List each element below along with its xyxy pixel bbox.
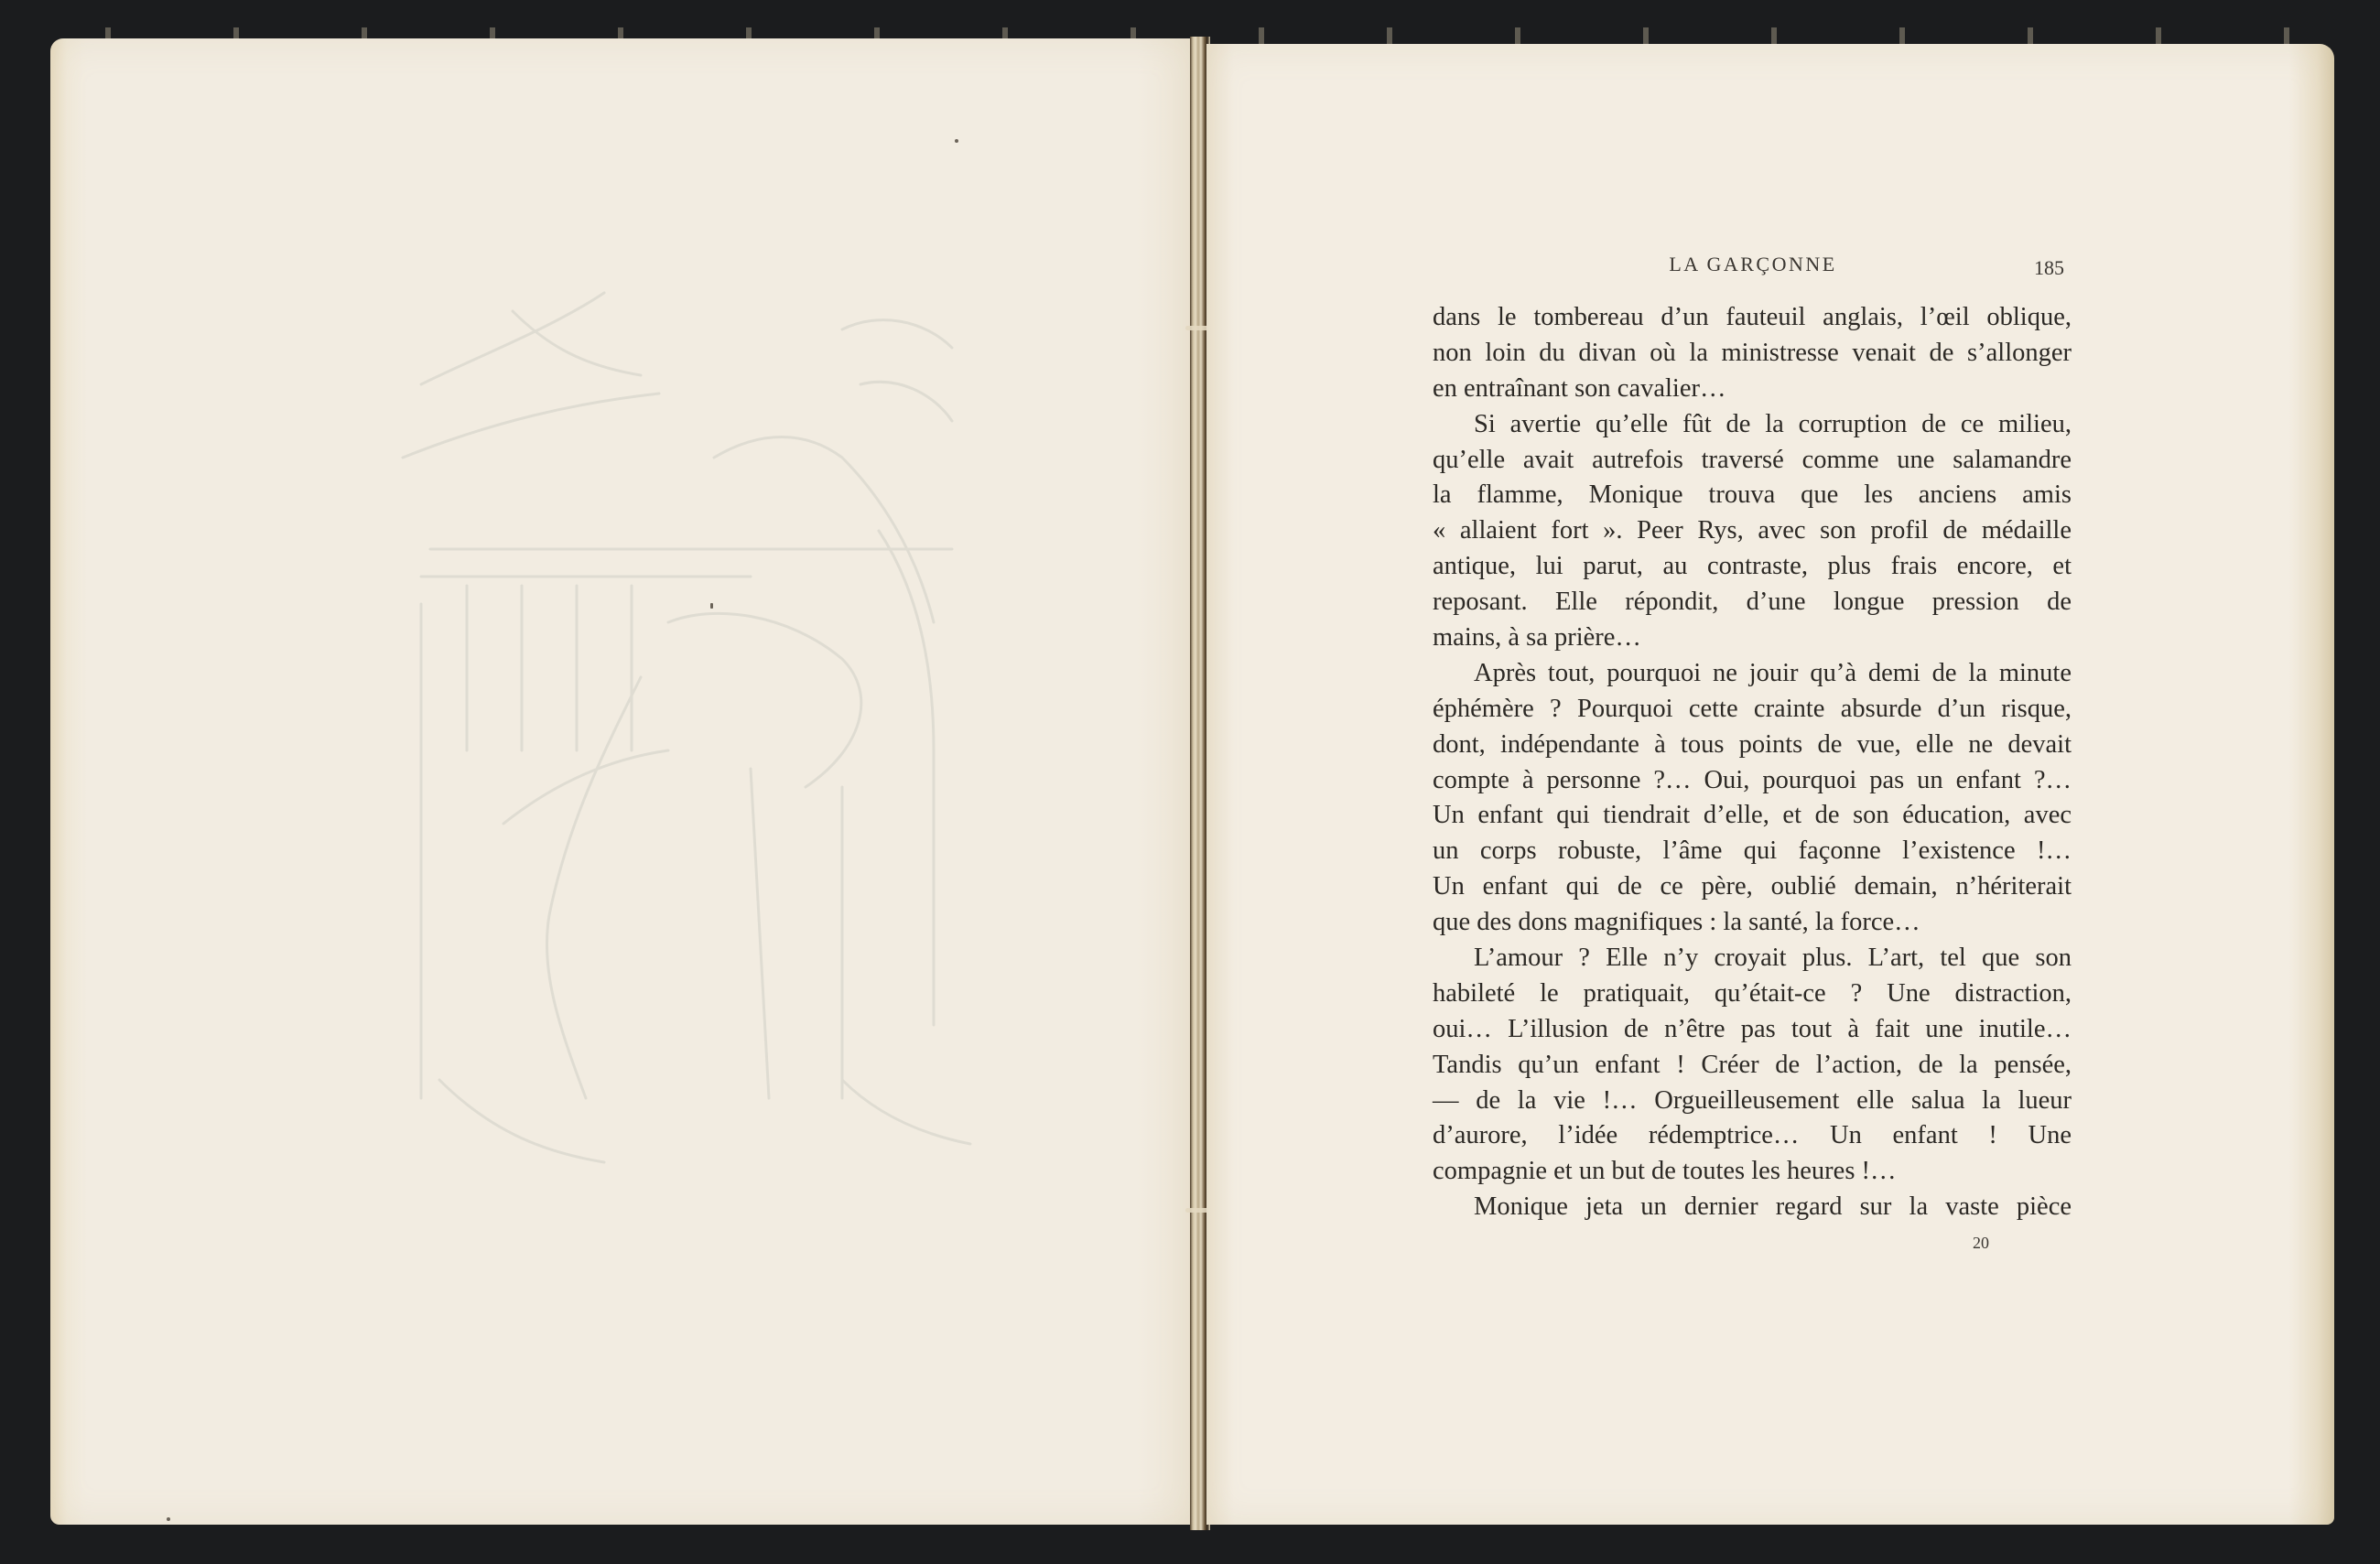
text-line: la flamme, Monique trouva que les ancien…: [1433, 478, 2072, 513]
text-line: dans le tombereau d’un fauteuil anglais,…: [1433, 300, 2072, 336]
body-text: dans le tombereau d’un fauteuil anglais,…: [1433, 300, 2072, 1225]
text-line: compte à personne ?… Oui, pourquoi pas u…: [1433, 763, 2072, 799]
text-line: un corps robuste, l’âme qui façonne l’ex…: [1433, 834, 2072, 869]
text-line: compagnie et un but de toutes les heures…: [1433, 1154, 2072, 1190]
text-line: en entraînant son cavalier…: [1433, 372, 2072, 407]
text-line: reposant. Elle répondit, d’une longue pr…: [1433, 585, 2072, 620]
signature-mark: 20: [1973, 1234, 1989, 1253]
text-line: éphémère ? Pourquoi cette crainte absurd…: [1433, 692, 2072, 728]
paper-speck: [167, 1517, 170, 1521]
text-line: Après tout, pourquoi ne jouir qu’à demi …: [1433, 656, 2072, 692]
text-line: d’aurore, l’idée rédemptrice… Un enfant …: [1433, 1118, 2072, 1154]
text-line: Monique jeta un dernier regard sur la va…: [1433, 1190, 2072, 1225]
text-line: Si avertie qu’elle fût de la corruption …: [1433, 407, 2072, 443]
paper-speck: [955, 139, 958, 143]
text-line: mains, à sa prière…: [1433, 620, 2072, 656]
page-number: 185: [2034, 256, 2064, 280]
text-line: Un enfant qui tiendrait d’elle, et de so…: [1433, 798, 2072, 834]
running-head: LA GARÇONNE: [1661, 253, 1844, 276]
text-line: habileté le pratiquait, qu’était-ce ? Un…: [1433, 976, 2072, 1012]
text-line: Un enfant qui de ce père, oublié demain,…: [1433, 869, 2072, 905]
text-line: qu’elle avait autrefois traversé comme u…: [1433, 443, 2072, 479]
text-line: Tandis qu’un enfant ! Créer de l’action,…: [1433, 1048, 2072, 1084]
text-line: oui… L’illusion de n’être pas tout à fai…: [1433, 1012, 2072, 1048]
text-line: dont, indépendante à tous points de vue,…: [1433, 728, 2072, 763]
text-line: antique, lui parut, au contraste, plus f…: [1433, 549, 2072, 585]
text-line: — de la vie !… Orgueilleusement elle sal…: [1433, 1084, 2072, 1119]
text-line: non loin du divan où la ministresse vena…: [1433, 336, 2072, 372]
text-line: que des dons magnifiques : la santé, la …: [1433, 905, 2072, 941]
figure-sketch-icon: [366, 275, 989, 1235]
text-line: « allaient fort ». Peer Rys, avec son pr…: [1433, 513, 2072, 549]
paper-speck: [710, 603, 713, 609]
text-line: L’amour ? Elle n’y croyait plus. L’art, …: [1433, 941, 2072, 976]
